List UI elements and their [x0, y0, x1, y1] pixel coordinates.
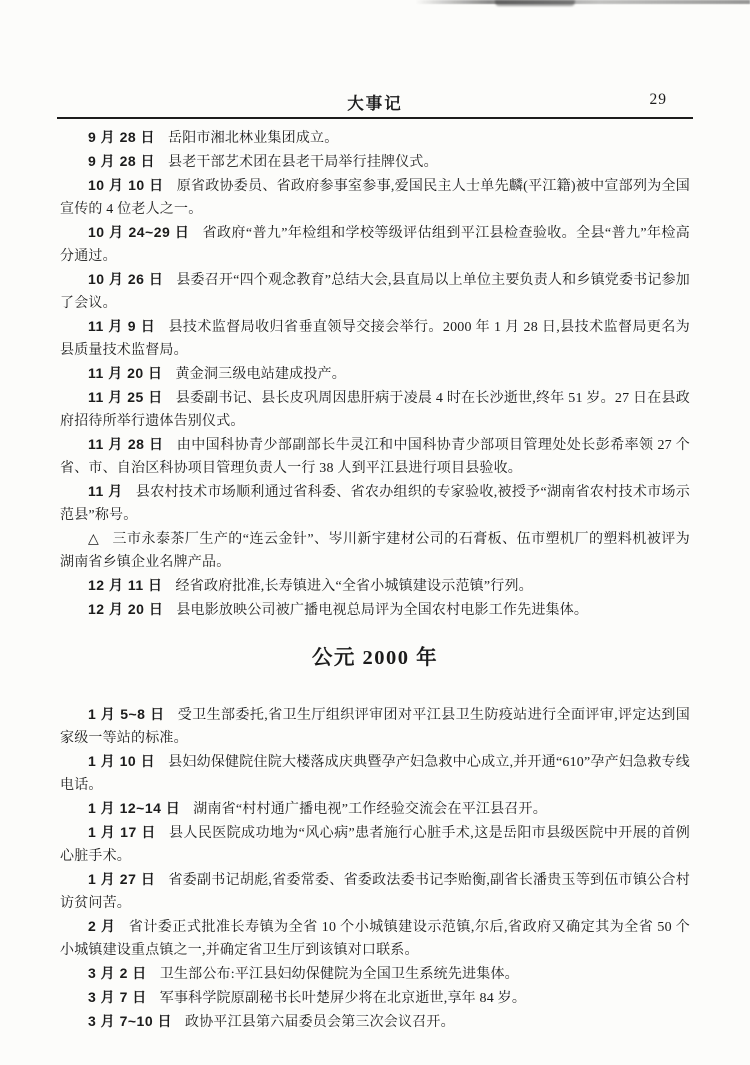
- event-entry: 11 月 25 日县委副书记、县长皮巩周因患肝病于凌晨 4 时在长沙逝世,终年 …: [60, 386, 690, 433]
- event-text: 岳阳市湘北林业集团成立。: [168, 131, 338, 146]
- event-entry: △三市永泰茶厂生产的“连云金针”、岑川新宇建材公司的石膏板、伍市塑机厂的塑料机被…: [60, 527, 690, 574]
- event-text: 县电影放映公司被广播电视总局评为全国农村电影工作先进集体。: [176, 603, 588, 618]
- triangle-marker: △: [88, 530, 100, 546]
- event-entry: 10 月 24~29 日省政府“普九”年检组和学校等级评估组到平江县检查验收。全…: [60, 221, 690, 268]
- event-entry: 10 月 10 日原省政协委员、省政府参事室参事,爱国民主人士单先麟(平江籍)被…: [60, 174, 690, 221]
- event-entry: 1 月 17 日县人民医院成功地为“风心病”患者施行心脏手术,这是岳阳市县级医院…: [60, 821, 690, 868]
- event-entry: 1 月 10 日县妇幼保健院住院大楼落成庆典暨孕产妇急救中心成立,并开通“610…: [60, 750, 690, 797]
- event-entry: 12 月 11 日经省政府批准,长寿镇进入“全省小城镇建设示范镇”行列。: [60, 574, 690, 598]
- event-date: 1 月 17 日: [88, 824, 156, 840]
- event-text: 县农村技术市场顺利通过省科委、省农办组织的专家验收,被授予“湖南省农村技术市场示…: [60, 485, 690, 523]
- event-entry: 1 月 5~8 日受卫生部委托,省卫生厅组织评审团对平江县卫生防疫站进行全面评审…: [60, 703, 690, 750]
- event-date: 9 月 28 日: [88, 129, 155, 145]
- event-date: 11 月 25 日: [88, 389, 163, 405]
- event-date: 10 月 10 日: [88, 177, 164, 193]
- event-date: 3 月 2 日: [88, 965, 147, 981]
- event-entry: 3 月 7~10 日政协平江县第六届委员会第三次会议召开。: [60, 1010, 690, 1034]
- document-page: 大事记 29 9 月 28 日岳阳市湘北林业集团成立。 9 月 28 日县老干部…: [0, 0, 750, 1065]
- event-text: 军事科学院原副秘书长叶楚屏少将在北京逝世,享年 84 岁。: [160, 991, 526, 1006]
- event-date: 1 月 5~8 日: [88, 706, 165, 722]
- event-entry: 11 月 20 日黄金洞三级电站建成投产。: [60, 362, 690, 386]
- event-date: 1 月 27 日: [88, 871, 155, 887]
- event-entry: 3 月 2 日卫生部公布:平江县妇幼保健院为全国卫生系统先进集体。: [60, 962, 690, 986]
- event-date: 10 月 24~29 日: [88, 224, 190, 240]
- scan-artifact: [415, 0, 750, 4]
- event-entry: 9 月 28 日岳阳市湘北林业集团成立。: [60, 126, 690, 150]
- event-text: 三市永泰茶厂生产的“连云金针”、岑川新宇建材公司的石膏板、伍市塑机厂的塑料机被评…: [60, 532, 690, 570]
- event-entry: 11 月 28 日由中国科协青少部副部长牛灵江和中国科协青少部项目管理处处长彭希…: [60, 433, 690, 480]
- event-date: 3 月 7~10 日: [88, 1013, 172, 1029]
- event-date: 11 月 9 日: [88, 318, 155, 334]
- event-entry: 9 月 28 日县老干部艺术团在县老干局举行挂牌仪式。: [60, 150, 690, 174]
- event-date: 12 月 11 日: [88, 577, 163, 593]
- event-date: 3 月 7 日: [88, 989, 147, 1005]
- scan-artifact-blob: [495, 0, 575, 6]
- year-section-heading: 公元 2000 年: [60, 644, 690, 672]
- event-date: 11 月: [88, 483, 123, 499]
- event-entry: 12 月 20 日县电影放映公司被广播电视总局评为全国农村电影工作先进集体。: [60, 598, 690, 622]
- event-text: 卫生部公布:平江县妇幼保健院为全国卫生系统先进集体。: [160, 967, 519, 982]
- event-date: 10 月 26 日: [88, 271, 163, 287]
- event-date: 11 月 28 日: [88, 436, 164, 452]
- running-header: 大事记 29: [60, 90, 690, 114]
- running-header-title: 大事记: [60, 90, 690, 114]
- event-entry: 11 月 9 日县技术监督局收归省垂直领导交接会举行。2000 年 1 月 28…: [60, 315, 690, 362]
- header-rule: [57, 117, 693, 119]
- event-entry: 2 月省计委正式批准长寿镇为全省 10 个小城镇建设示范镇,尔后,省政府又确定其…: [60, 915, 690, 962]
- event-entry: 1 月 27 日省委副书记胡彪,省委常委、省委政法委书记李贻衡,副省长潘贵玉等到…: [60, 868, 690, 915]
- page-content: 9 月 28 日岳阳市湘北林业集团成立。 9 月 28 日县老干部艺术团在县老干…: [60, 126, 690, 1034]
- event-entry: 11 月县农村技术市场顺利通过省科委、省农办组织的专家验收,被授予“湖南省农村技…: [60, 480, 690, 527]
- event-text: 县老干部艺术团在县老干局举行挂牌仪式。: [168, 155, 438, 170]
- event-text: 湖南省“村村通广播电视”工作经验交流会在平江县召开。: [193, 802, 547, 817]
- event-date: 2 月: [88, 918, 116, 934]
- page-number: 29: [650, 91, 668, 109]
- event-entry: 1 月 12~14 日湖南省“村村通广播电视”工作经验交流会在平江县召开。: [60, 797, 690, 821]
- event-text: 政协平江县第六届委员会第三次会议召开。: [185, 1015, 455, 1030]
- event-text: 经省政府批准,长寿镇进入“全省小城镇建设示范镇”行列。: [176, 579, 533, 594]
- event-date: 11 月 20 日: [88, 365, 163, 381]
- event-date: 1 月 10 日: [88, 753, 155, 769]
- event-date: 9 月 28 日: [88, 153, 155, 169]
- event-text: 省计委正式批准长寿镇为全省 10 个小城镇建设示范镇,尔后,省政府又确定其为全省…: [60, 920, 690, 958]
- event-date: 1 月 12~14 日: [88, 800, 180, 816]
- event-date: 12 月 20 日: [88, 601, 163, 617]
- event-text: 黄金洞三级电站建成投产。: [176, 367, 346, 382]
- event-entry: 3 月 7 日军事科学院原副秘书长叶楚屏少将在北京逝世,享年 84 岁。: [60, 986, 690, 1010]
- event-entry: 10 月 26 日县委召开“四个观念教育”总结大会,县直局以上单位主要负责人和乡…: [60, 268, 690, 315]
